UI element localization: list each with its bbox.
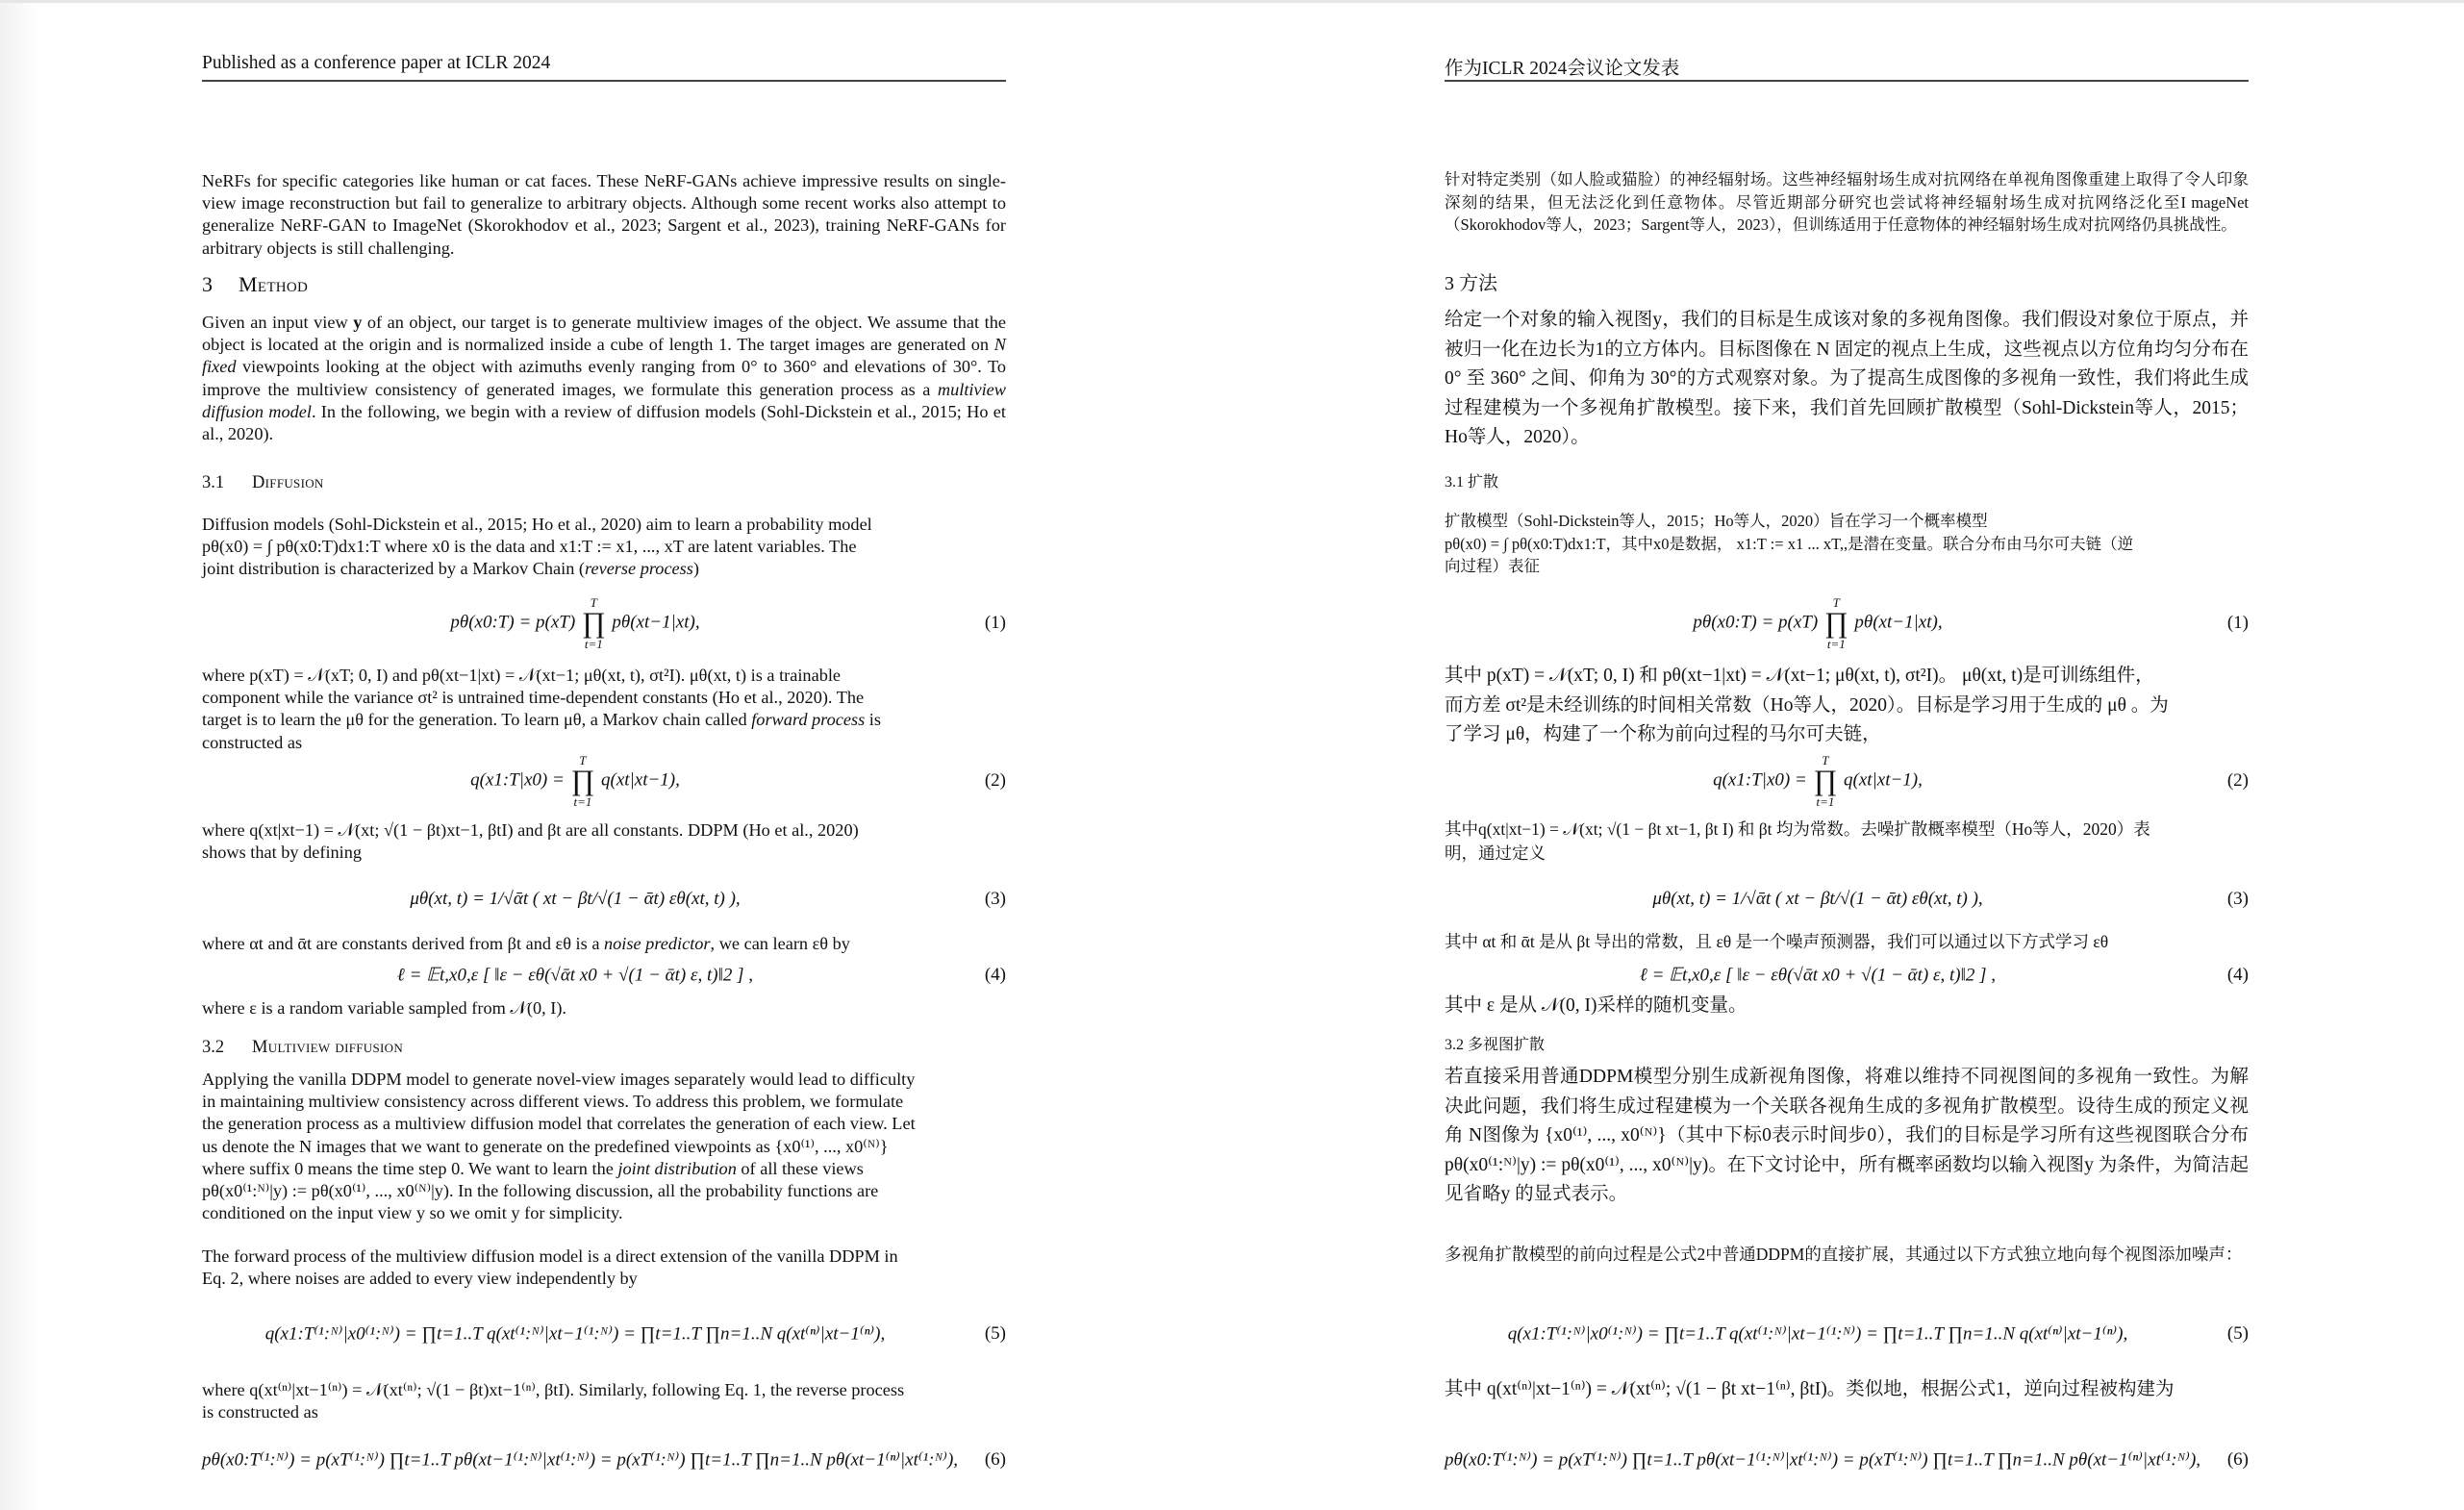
product-operator: T∏t=1 (1824, 596, 1848, 650)
eq-lhs: pθ(x0:T) = p(xT) (1693, 612, 1818, 632)
math-y: y (353, 313, 362, 332)
page-chinese: 作为ICLR 2024会议论文发表 针对特定类别（如人脸或猫脸）的神经辐射场。这… (1445, 0, 2249, 1510)
section-heading-method: 3 方法 (1445, 267, 1497, 295)
eq-lhs: q(x1:T|x0) = (470, 769, 565, 790)
line: the generation process as a multiview di… (202, 1113, 1006, 1135)
paragraph-diffusion: 扩散模型（Sohl-Dickstein等人，2015；Ho等人，2020）旨在学… (1445, 510, 2249, 578)
equation-1: pθ(x0:T) = p(xT) T∏t=1 pθ(xt−1|xt), (1) (202, 594, 1006, 652)
line: in maintaining multiview consistency acr… (202, 1091, 1006, 1113)
subsection-heading-multiview-diffusion: 3.2 多视图扩散 (1445, 1032, 1545, 1054)
paragraph-after-eq5: 其中 q(xt⁽ⁿ⁾|xt−1⁽ⁿ⁾) = 𝒩(xt⁽ⁿ⁾; √(1 − βt … (1445, 1375, 2249, 1405)
equation-number: (6) (2227, 1449, 2249, 1471)
equation-number: (4) (985, 965, 1006, 986)
paragraph-intro: 针对特定类别（如人脸或猫脸）的神经辐射场。这些神经辐射场生成对抗网络在单视角图像… (1445, 168, 2249, 237)
line: 其中q(xt|xt−1) = 𝒩(xt; √(1 − βt xt−1, βt I… (1445, 818, 2249, 842)
equation-2: q(x1:T|x0) = T∏t=1 q(xt|xt−1), (2) (1445, 752, 2249, 810)
equation-body: q(x1:T|x0) = T∏t=1 q(xt|xt−1), (202, 754, 948, 808)
header-rule (1445, 80, 2249, 82)
equation-number: (1) (985, 613, 1006, 634)
paragraph-after-eq2: 其中q(xt|xt−1) = 𝒩(xt; √(1 − βt xt−1, βt I… (1445, 818, 2249, 866)
eq-rhs: q(xt|xt−1), (601, 769, 680, 790)
equation-body: ℓ = 𝔼t,x0,ε [ ‖ε − εθ(√ᾱt x0 + √(1 − ᾱt)… (202, 965, 948, 987)
line: where p(xT) = 𝒩(xT; 0, I) and pθ(xt−1|xt… (202, 665, 1006, 687)
text: ) (693, 559, 699, 578)
line: Diffusion models (Sohl-Dickstein et al.,… (202, 514, 1006, 536)
page-english: Published as a conference paper at ICLR … (202, 0, 1006, 1510)
text: where suffix 0 means the time step 0. We… (202, 1159, 617, 1178)
paragraph-method: 给定一个对象的输入视图y，我们的目标是生成该对象的多视角图像。我们假设对象位于原… (1445, 306, 2249, 453)
equation-5: q(x1:T⁽¹:ᴺ⁾|x0⁽¹:ᴺ⁾) = ∏t=1..T q(xt⁽¹:ᴺ⁾… (202, 1305, 1006, 1363)
text: . In the following, we begin with a revi… (202, 402, 1006, 443)
equation-body: q(x1:T⁽¹:ᴺ⁾|x0⁽¹:ᴺ⁾) = ∏t=1..T q(xt⁽¹:ᴺ⁾… (202, 1323, 948, 1346)
equation-body: q(x1:T|x0) = T∏t=1 q(xt|xt−1), (1445, 754, 2191, 808)
line: constructed as (202, 732, 1006, 754)
equation-body: pθ(x0:T⁽¹:ᴺ⁾) = p(xT⁽¹:ᴺ⁾) ∏t=1..T pθ(xt… (1445, 1449, 2191, 1472)
paragraph-after-eq2: where q(xt|xt−1) = 𝒩(xt; √(1 − βt)xt−1, … (202, 819, 1006, 864)
subsection-title: Diffusion (252, 473, 324, 492)
section-heading-method: 3Method (202, 272, 308, 297)
line: Applying the vanilla DDPM model to gener… (202, 1069, 1006, 1091)
emphasis-forward-process: forward process (751, 710, 865, 729)
emphasis-reverse-process: reverse process (585, 559, 693, 578)
equation-2: q(x1:T|x0) = T∏t=1 q(xt|xt−1), (2) (202, 752, 1006, 810)
subsection-heading-diffusion: 3.1 扩散 (1445, 469, 1498, 491)
paragraph-after-eq1: 其中 p(xT) = 𝒩(xT; 0, I) 和 pθ(xt−1|xt) = 𝒩… (1445, 662, 2249, 750)
equation-1: pθ(x0:T) = p(xT) T∏t=1 pθ(xt−1|xt), (1) (1445, 594, 2249, 652)
paragraph-method: Given an input view y of an object, our … (202, 312, 1006, 445)
subsection-number: 3.2 (202, 1038, 252, 1058)
equation-number: (5) (2227, 1323, 2249, 1345)
equation-body: μθ(xt, t) = 1/√ᾱt ( xt − βt/√(1 − ᾱt) εθ… (1445, 889, 2191, 910)
subsection-title: Multiview diffusion (252, 1038, 403, 1057)
text: joint distribution is characterized by a… (202, 559, 585, 578)
equation-number: (4) (2227, 965, 2249, 986)
equation-body: q(x1:T⁽¹:ᴺ⁾|x0⁽¹:ᴺ⁾) = ∏t=1..T q(xt⁽¹:ᴺ⁾… (1445, 1323, 2191, 1346)
equation-3: μθ(xt, t) = 1/√ᾱt ( xt − βt/√(1 − ᾱt) εθ… (1445, 870, 2249, 928)
eq-rhs: pθ(xt−1|xt), (612, 612, 699, 632)
line-math: pθ(x0) = ∫ pθ(x0:T)dx1:T，其中x0是数据， x1:T :… (1445, 533, 2249, 556)
emphasis-joint-distribution: joint distribution (617, 1159, 736, 1178)
eq-lhs: pθ(x0:T) = p(xT) (450, 612, 575, 632)
emphasis-fixed: fixed (202, 357, 237, 376)
equation-number: (5) (985, 1323, 1006, 1345)
line: 而方差 σt²是未经训练的时间相关常数（Ho等人，2020）。目标是学习用于生成… (1445, 692, 2249, 721)
text: viewpoints looking at the object with az… (202, 357, 1006, 398)
lower-limit: t=1 (1814, 795, 1838, 808)
paragraph-intro: NeRFs for specific categories like human… (202, 170, 1006, 260)
math-N: N (994, 335, 1006, 354)
equation-number: (2) (985, 770, 1006, 792)
line: Eq. 2, where noises are added to every v… (202, 1268, 1006, 1290)
paragraph-multiview: 若直接采用普通DDPM模型分别生成新视角图像，将难以维持不同视图间的多视角一致性… (1445, 1063, 2249, 1210)
lower-limit: t=1 (1824, 638, 1848, 650)
line: component while the variance σt² is untr… (202, 687, 1006, 709)
text: Given an input view (202, 313, 353, 332)
line: The forward process of the multiview dif… (202, 1246, 1006, 1268)
lower-limit: t=1 (571, 795, 595, 808)
line: where suffix 0 means the time step 0. We… (202, 1158, 1006, 1180)
viewer-left-shadow (0, 3, 38, 1510)
equation-number: (2) (2227, 770, 2249, 792)
subsection-heading-diffusion: 3.1Diffusion (202, 473, 324, 493)
lower-limit: t=1 (582, 638, 606, 650)
product-operator: T∏t=1 (1814, 754, 1838, 808)
paragraph-forward-process: The forward process of the multiview dif… (202, 1246, 1006, 1290)
line: us denote the N images that we want to g… (202, 1136, 1006, 1158)
line: 其中 p(xT) = 𝒩(xT; 0, I) 和 pθ(xt−1|xt) = 𝒩… (1445, 662, 2249, 692)
paragraph-multiview: Applying the vanilla DDPM model to gener… (202, 1069, 1006, 1224)
section-number: 3 (202, 272, 239, 297)
equation-5: q(x1:T⁽¹:ᴺ⁾|x0⁽¹:ᴺ⁾) = ∏t=1..T q(xt⁽¹:ᴺ⁾… (1445, 1305, 2249, 1363)
equation-body: ℓ = 𝔼t,x0,ε [ ‖ε − εθ(√ᾱt x0 + √(1 − ᾱt)… (1445, 965, 2191, 987)
line: where q(xt|xt−1) = 𝒩(xt; √(1 − βt)xt−1, … (202, 819, 1006, 842)
equation-number: (6) (985, 1449, 1006, 1471)
equation-6: pθ(x0:T⁽¹:ᴺ⁾) = p(xT⁽¹:ᴺ⁾) ∏t=1..T pθ(xt… (1445, 1431, 2249, 1489)
line: where q(xt⁽ⁿ⁾|xt−1⁽ⁿ⁾) = 𝒩(xt⁽ⁿ⁾; √(1 − … (202, 1379, 1006, 1401)
paragraph-after-eq4: 其中 ε 是从 𝒩(0, I)采样的随机变量。 (1445, 992, 2249, 1021)
running-header: 作为ICLR 2024会议论文发表 (1445, 53, 1679, 80)
subsection-heading-multiview-diffusion: 3.2Multiview diffusion (202, 1038, 403, 1058)
paragraph-after-eq4: where ε is a random variable sampled fro… (202, 997, 1006, 1019)
equation-number: (3) (2227, 889, 2249, 910)
text: of all these views (737, 1159, 864, 1178)
eq-lhs: q(x1:T|x0) = (1713, 769, 1807, 790)
equation-number: (1) (2227, 613, 2249, 634)
line: 向过程）表征 (1445, 555, 2249, 578)
equation-body: pθ(x0:T) = p(xT) T∏t=1 pθ(xt−1|xt), (202, 596, 948, 650)
paragraph-after-eq5: where q(xt⁽ⁿ⁾|xt−1⁽ⁿ⁾) = 𝒩(xt⁽ⁿ⁾; √(1 − … (202, 1379, 1006, 1423)
line-math: pθ(x0) = ∫ pθ(x0:T)dx1:T where x0 is the… (202, 536, 1006, 558)
paragraph-diffusion: Diffusion models (Sohl-Dickstein et al.,… (202, 514, 1006, 581)
running-header: Published as a conference paper at ICLR … (202, 53, 550, 74)
equation-body: pθ(x0:T⁽¹:ᴺ⁾) = p(xT⁽¹:ᴺ⁾) ∏t=1..T pθ(xt… (202, 1449, 948, 1472)
line: conditioned on the input view y so we om… (202, 1202, 1006, 1224)
line: joint distribution is characterized by a… (202, 558, 1006, 580)
equation-4: ℓ = 𝔼t,x0,ε [ ‖ε − εθ(√ᾱt x0 + √(1 − ᾱt)… (202, 946, 1006, 1004)
eq-rhs: pθ(xt−1|xt), (1854, 612, 1942, 632)
line: 了学习 μθ，构建了一个称为前向过程的马尔可夫链， (1445, 720, 2249, 750)
equation-6: pθ(x0:T⁽¹:ᴺ⁾) = p(xT⁽¹:ᴺ⁾) ∏t=1..T pθ(xt… (202, 1431, 1006, 1489)
equation-body: μθ(xt, t) = 1/√ᾱt ( xt − βt/√(1 − ᾱt) εθ… (202, 889, 948, 910)
equation-number: (3) (985, 889, 1006, 910)
eq-rhs: q(xt|xt−1), (1844, 769, 1923, 790)
line: 明，通过定义 (1445, 842, 2249, 866)
line: target is to learn the μθ for the genera… (202, 709, 1006, 731)
equation-3: μθ(xt, t) = 1/√ᾱt ( xt − βt/√(1 − ᾱt) εθ… (202, 870, 1006, 928)
header-rule (202, 80, 1006, 82)
section-title: Method (239, 272, 308, 296)
line: 扩散模型（Sohl-Dickstein等人，2015；Ho等人，2020）旨在学… (1445, 510, 2249, 533)
text: target is to learn the μθ for the genera… (202, 710, 751, 729)
paragraph-forward-process: 多视角扩散模型的前向过程是公式2中普通DDPM的直接扩展，其通过以下方式独立地向… (1445, 1243, 2249, 1266)
text: is (865, 710, 881, 729)
line: is constructed as (202, 1401, 1006, 1423)
product-operator: T∏t=1 (582, 596, 606, 650)
subsection-number: 3.1 (202, 473, 252, 493)
product-operator: T∏t=1 (571, 754, 595, 808)
line: shows that by defining (202, 842, 1006, 864)
line: pθ(x0⁽¹:ᴺ⁾|y) := pθ(x0⁽¹⁾, ..., x0⁽ᴺ⁾|y)… (202, 1180, 1006, 1202)
equation-body: pθ(x0:T) = p(xT) T∏t=1 pθ(xt−1|xt), (1445, 596, 2191, 650)
paragraph-after-eq1: where p(xT) = 𝒩(xT; 0, I) and pθ(xt−1|xt… (202, 665, 1006, 754)
